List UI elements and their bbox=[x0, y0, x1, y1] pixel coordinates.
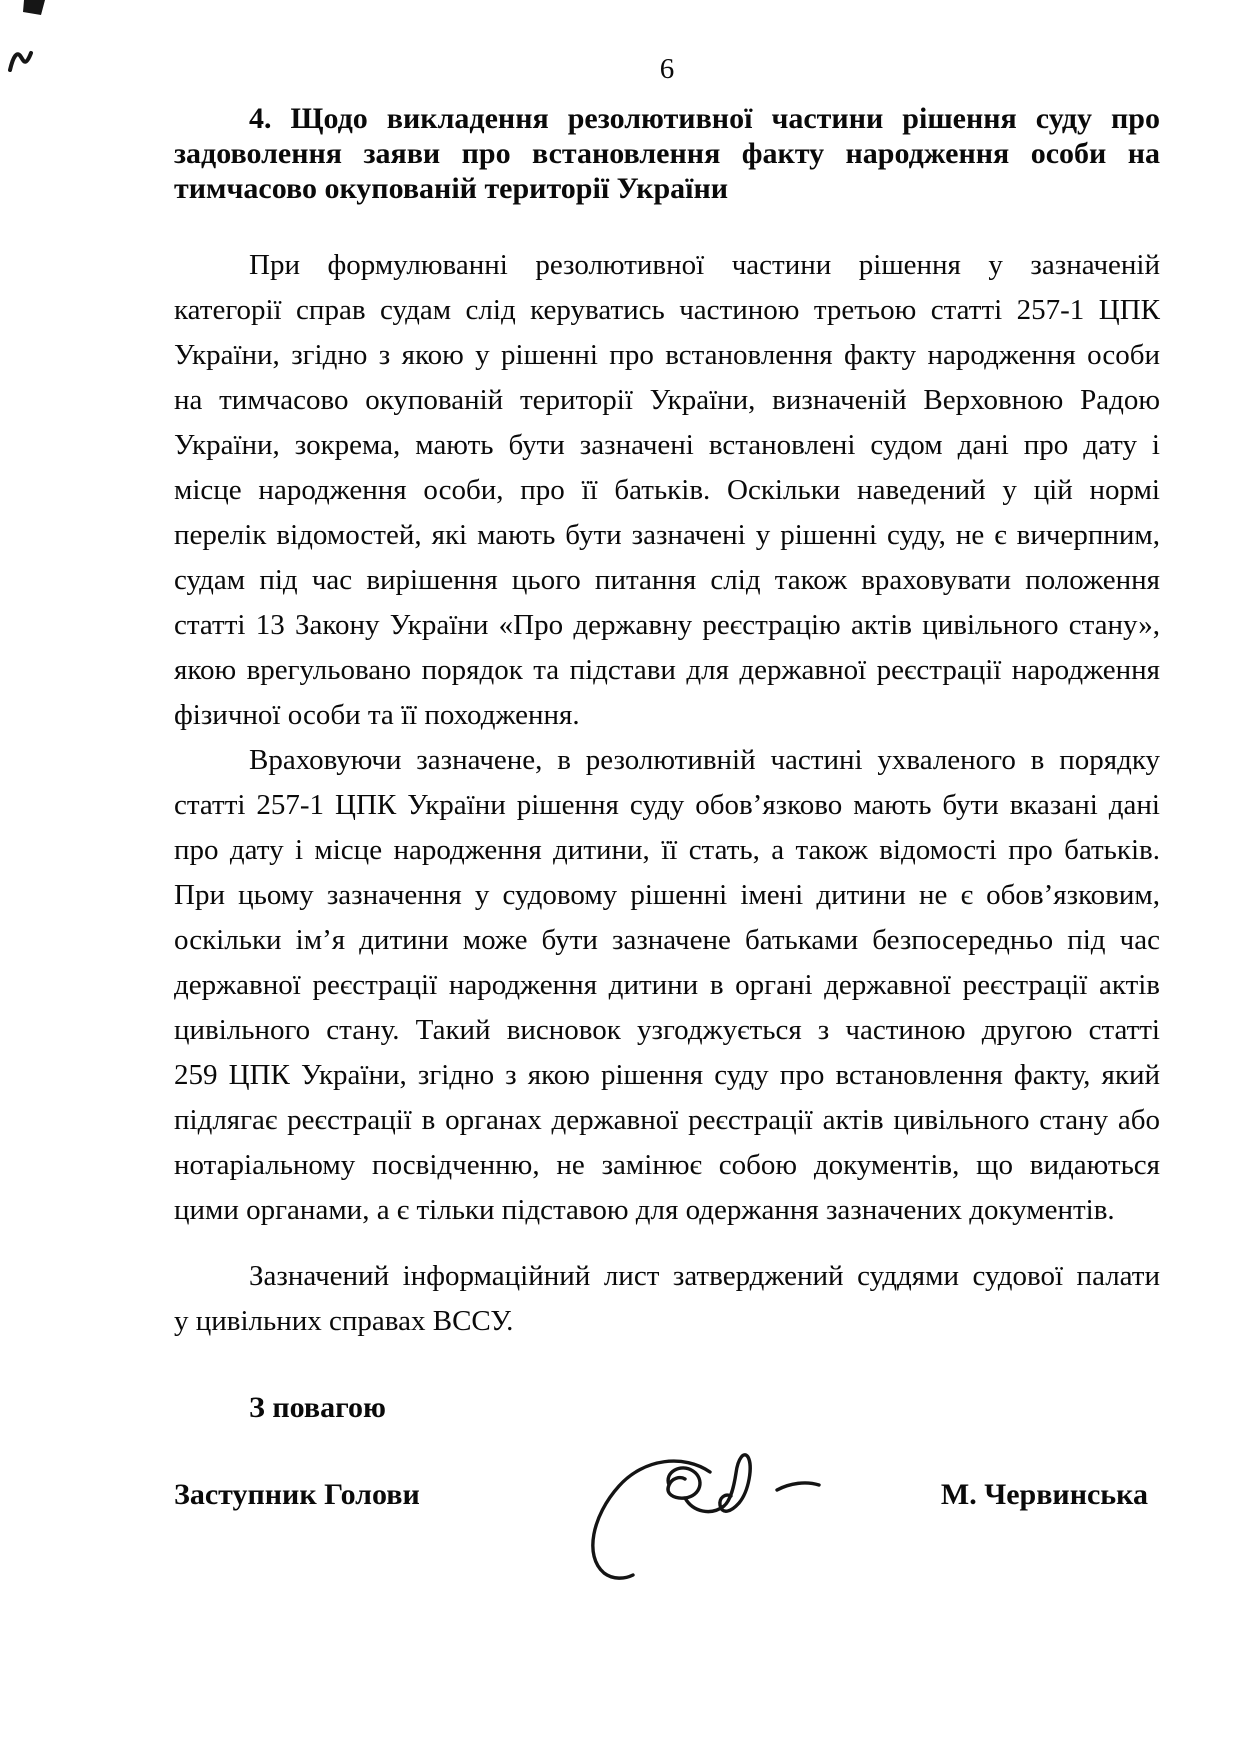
text-line: у цивільних справах ВССУ. bbox=[174, 1299, 1160, 1344]
text-line: фізичної особи та її походження. bbox=[174, 693, 1160, 738]
text-line: якою врегульовано порядок та підстави дл… bbox=[174, 648, 1160, 693]
text-line: про дату і місце народження дитини, її с… bbox=[174, 828, 1160, 873]
text-line: Зазначений інформаційний лист затверджен… bbox=[174, 1254, 1160, 1299]
text-line: цивільного стану. Такий висновок узгоджу… bbox=[174, 1008, 1160, 1053]
text-line: України, згідно з якою у рішенні про вст… bbox=[174, 333, 1160, 378]
text-line: на тимчасово окупованій території Україн… bbox=[174, 378, 1160, 423]
text-line: цими органами, а є тільки підставою для … bbox=[174, 1188, 1160, 1233]
text-line: України, зокрема, мають бути зазначені в… bbox=[174, 423, 1160, 468]
text-line: нотаріальному посвідченню, не замінює со… bbox=[174, 1143, 1160, 1188]
body-paragraph: При формулюванні резолютивної частини рі… bbox=[174, 243, 1160, 738]
scan-artifact-mark bbox=[0, 0, 70, 90]
text-line: статті 257-1 ЦПК України рішення суду об… bbox=[174, 783, 1160, 828]
signer-name: М. Червинська bbox=[941, 1472, 1148, 1517]
handwritten-signature bbox=[572, 1446, 862, 1606]
text-line: При цьому зазначення у судовому рішенні … bbox=[174, 873, 1160, 918]
page-number: 6 bbox=[174, 54, 1160, 84]
text-line: оскільки імʼя дитини може бути зазначене… bbox=[174, 918, 1160, 963]
text-line: місце народження особи, про її батьків. … bbox=[174, 468, 1160, 513]
salutation: З повагою bbox=[174, 1385, 1160, 1430]
text-line: 259 ЦПК України, згідно з якою рішення с… bbox=[174, 1053, 1160, 1098]
text-line: державної реєстрації народження дитини в… bbox=[174, 963, 1160, 1008]
heading-line: задоволення заяви про встановлення факту… bbox=[174, 136, 1160, 171]
text-line: Враховуючи зазначене, в резолютивній час… bbox=[174, 738, 1160, 783]
text-line: При формулюванні резолютивної частини рі… bbox=[174, 243, 1160, 288]
text-line: перелік відомостей, які мають бути зазна… bbox=[174, 513, 1160, 558]
text-line: категорії справ судам слід керуватись ча… bbox=[174, 288, 1160, 333]
text-line: підлягає реєстрації в органах державної … bbox=[174, 1098, 1160, 1143]
body-paragraph: Враховуючи зазначене, в резолютивній час… bbox=[174, 738, 1160, 1233]
signer-title: Заступник Голови bbox=[174, 1472, 420, 1517]
heading-line: 4. Щодо викладення резолютивної частини … bbox=[174, 101, 1160, 136]
heading-line: тимчасово окупованій території України bbox=[174, 171, 1160, 206]
section-heading: 4. Щодо викладення резолютивної частини … bbox=[174, 101, 1160, 206]
document-body: При формулюванні резолютивної частини рі… bbox=[174, 243, 1160, 1344]
text-line: судам під час вирішення цього питання сл… bbox=[174, 558, 1160, 603]
document-page: 6 4. Щодо викладення резолютивної частин… bbox=[0, 0, 1242, 1747]
body-paragraph: Зазначений інформаційний лист затверджен… bbox=[174, 1254, 1160, 1344]
text-line: статті 13 Закону України «Про державну р… bbox=[174, 603, 1160, 648]
